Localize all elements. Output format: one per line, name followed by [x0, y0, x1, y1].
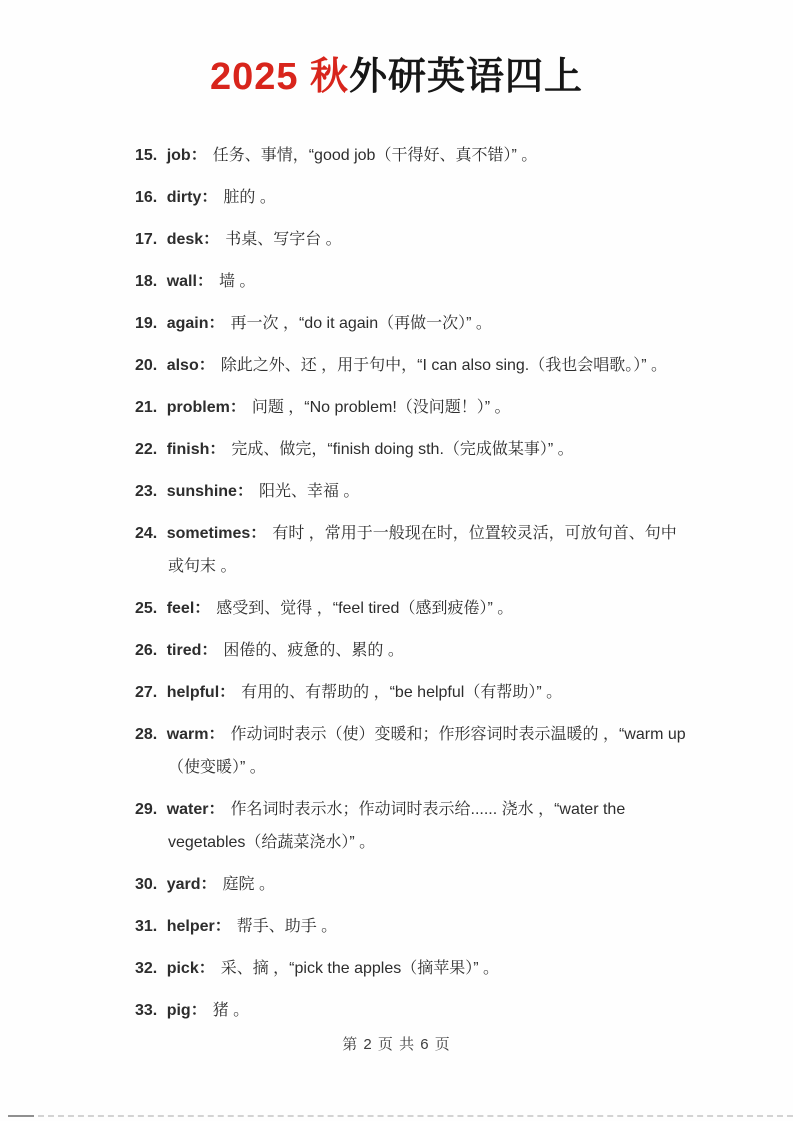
title-course-name: 外研英语四上	[349, 56, 583, 98]
item-definition: 问题 ，“No problem!（没问题！）” 。	[252, 399, 511, 416]
item-definition: 书桌、写字台 。	[225, 231, 341, 248]
document-page: 2025 秋外研英语四上 15. job：任务、事情，“good job（干得好…	[0, 0, 793, 1121]
item-definition: 庭院 。	[223, 876, 275, 893]
item-number: 25.	[135, 600, 157, 617]
page-number-label: 第 2 页 共 6 页	[342, 1036, 451, 1053]
item-definition: 脏的 。	[223, 189, 275, 206]
item-definition: 再一次 ，“do it again（再做一次）” 。	[231, 315, 492, 332]
item-word: sunshine	[167, 483, 237, 500]
item-number: 17.	[135, 231, 157, 248]
item-word: dirty	[167, 189, 202, 206]
item-colon: ：	[209, 801, 225, 818]
vocab-item-31: 31. helper：帮手、助手 。	[135, 910, 687, 943]
item-number: 21.	[135, 399, 157, 416]
item-number: 26.	[135, 642, 157, 659]
item-definition: 阳光、幸福 。	[259, 483, 359, 500]
item-colon: ：	[209, 315, 225, 332]
item-colon: ：	[201, 642, 217, 659]
item-number: 20.	[135, 357, 157, 374]
item-colon: ：	[197, 273, 213, 290]
vocab-item-33: 33. pig：猪 。	[135, 994, 687, 1027]
item-colon: ：	[199, 960, 215, 977]
vocab-item-16: 16. dirty：脏的 。	[135, 181, 687, 214]
item-definition: 墙 。	[219, 273, 255, 290]
item-definition: 任务、事情，“good job（干得好、真不错）” 。	[213, 147, 538, 164]
item-colon: ：	[230, 399, 246, 416]
item-word: feel	[167, 600, 195, 617]
item-colon: ：	[201, 189, 217, 206]
item-number: 29.	[135, 801, 157, 818]
item-word: also	[167, 357, 199, 374]
vocab-item-21: 21. problem：问题 ，“No problem!（没问题！）” 。	[135, 391, 687, 424]
item-colon: ：	[203, 231, 219, 248]
item-definition: 困倦的、疲惫的、累的 。	[223, 642, 403, 659]
vocab-item-26: 26. tired：困倦的、疲惫的、累的 。	[135, 634, 687, 667]
item-number: 30.	[135, 876, 157, 893]
item-word: helpful	[167, 684, 219, 701]
item-word: pick	[167, 960, 199, 977]
item-word: finish	[167, 441, 210, 458]
item-word: wall	[167, 273, 197, 290]
item-definition: 有用的、有帮助的 ，“be helpful（有帮助）” 。	[241, 684, 562, 701]
item-definition: 作动词时表示（使）变暖和；作形容词时表示温暖的 ，“warm up （使变暖）”…	[168, 726, 686, 776]
item-word: sometimes	[167, 525, 251, 542]
vocab-item-30: 30. yard：庭院 。	[135, 868, 687, 901]
vocab-item-18: 18. wall：墙 。	[135, 265, 687, 298]
item-number: 24.	[135, 525, 157, 542]
vocab-item-28: 28. warm：作动词时表示（使）变暖和；作形容词时表示温暖的 ，“warm …	[135, 718, 687, 784]
vocab-item-24: 24. sometimes：有时 ，常用于一般现在时，位置较灵活，可放句首、句中…	[135, 517, 687, 583]
item-number: 19.	[135, 315, 157, 332]
item-number: 32.	[135, 960, 157, 977]
item-number: 27.	[135, 684, 157, 701]
item-word: pig	[167, 1002, 191, 1019]
item-word: helper	[167, 918, 215, 935]
item-definition: 除此之外、还 ，用于句中，“I can also sing.（我也会唱歌。）” …	[221, 357, 667, 374]
item-number: 23.	[135, 483, 157, 500]
page-title: 2025 秋外研英语四上	[0, 54, 793, 100]
vocab-item-17: 17. desk：书桌、写字台 。	[135, 223, 687, 256]
vocab-item-27: 27. helpful：有用的、有帮助的 ，“be helpful（有帮助）” …	[135, 676, 687, 709]
item-colon: ：	[201, 876, 217, 893]
item-colon: ：	[250, 525, 266, 542]
vocab-item-15: 15. job：任务、事情，“good job（干得好、真不错）” 。	[135, 139, 687, 172]
item-number: 15.	[135, 147, 157, 164]
vocab-item-20: 20. also：除此之外、还 ，用于句中，“I can also sing.（…	[135, 349, 687, 382]
item-colon: ：	[199, 357, 215, 374]
item-word: problem	[167, 399, 230, 416]
item-number: 22.	[135, 441, 157, 458]
item-word: desk	[167, 231, 203, 248]
item-colon: ：	[215, 918, 231, 935]
item-word: again	[167, 315, 209, 332]
item-colon: ：	[191, 147, 207, 164]
item-colon: ：	[191, 1002, 207, 1019]
item-definition: 作名词时表示水；作动词时表示给...... 浇水 ，“water the veg…	[168, 801, 625, 851]
item-colon: ：	[194, 600, 210, 617]
page-footer: 第 2 页 共 6 页	[0, 1034, 793, 1056]
vocab-list: 15. job：任务、事情，“good job（干得好、真不错）” 。 16. …	[135, 139, 687, 1036]
item-word: tired	[167, 642, 202, 659]
item-colon: ：	[209, 726, 225, 743]
item-colon: ：	[209, 441, 225, 458]
item-colon: ：	[219, 684, 235, 701]
item-number: 18.	[135, 273, 157, 290]
item-definition: 感受到、觉得 ，“feel tired（感到疲倦）” 。	[216, 600, 513, 617]
vocab-item-25: 25. feel：感受到、觉得 ，“feel tired（感到疲倦）” 。	[135, 592, 687, 625]
item-word: yard	[167, 876, 201, 893]
item-definition: 猪 。	[213, 1002, 249, 1019]
vocab-item-22: 22. finish：完成、做完，“finish doing sth.（完成做某…	[135, 433, 687, 466]
vocab-item-19: 19. again：再一次 ，“do it again（再做一次）” 。	[135, 307, 687, 340]
item-word: warm	[167, 726, 209, 743]
item-word: water	[167, 801, 209, 818]
item-word: job	[167, 147, 191, 164]
item-definition: 完成、做完，“finish doing sth.（完成做某事）” 。	[231, 441, 573, 458]
vocab-item-32: 32. pick：采、摘 ，“pick the apples（摘苹果）” 。	[135, 952, 687, 985]
title-year-season: 2025 秋	[210, 56, 349, 98]
vocab-item-29: 29. water：作名词时表示水；作动词时表示给...... 浇水 ，“wat…	[135, 793, 687, 859]
item-number: 33.	[135, 1002, 157, 1019]
vocab-item-23: 23. sunshine：阳光、幸福 。	[135, 475, 687, 508]
scan-edge-mark	[8, 1115, 34, 1117]
item-number: 16.	[135, 189, 157, 206]
item-number: 28.	[135, 726, 157, 743]
item-definition: 采、摘 ，“pick the apples（摘苹果）” 。	[221, 960, 499, 977]
item-definition: 帮手、助手 。	[237, 918, 337, 935]
item-number: 31.	[135, 918, 157, 935]
scan-edge-dashed-line	[38, 1115, 793, 1117]
item-colon: ：	[237, 483, 253, 500]
